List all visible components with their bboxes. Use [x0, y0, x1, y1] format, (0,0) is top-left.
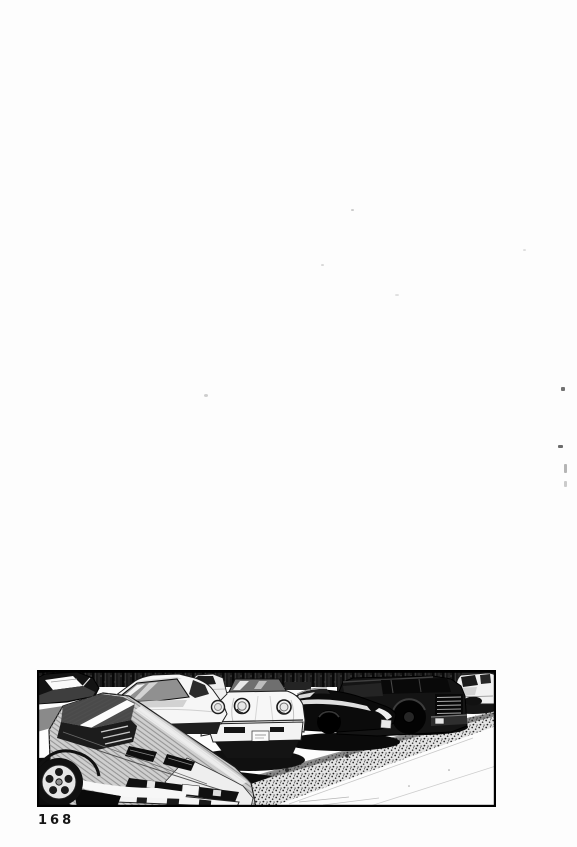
- scan-speck: [395, 294, 399, 296]
- scan-speck: [523, 249, 526, 251]
- parking-lot-panel: [37, 670, 496, 807]
- scan-speck: [204, 394, 208, 397]
- scan-speck: [564, 481, 567, 487]
- scan-speck: [564, 464, 567, 473]
- page-number: 168: [38, 813, 74, 828]
- scan-speck: [351, 209, 354, 211]
- scan-speck: [321, 264, 324, 266]
- manga-page: 168: [0, 0, 577, 847]
- scan-speck: [561, 387, 565, 391]
- panel-illustration: [37, 670, 496, 807]
- scan-speck: [558, 445, 563, 448]
